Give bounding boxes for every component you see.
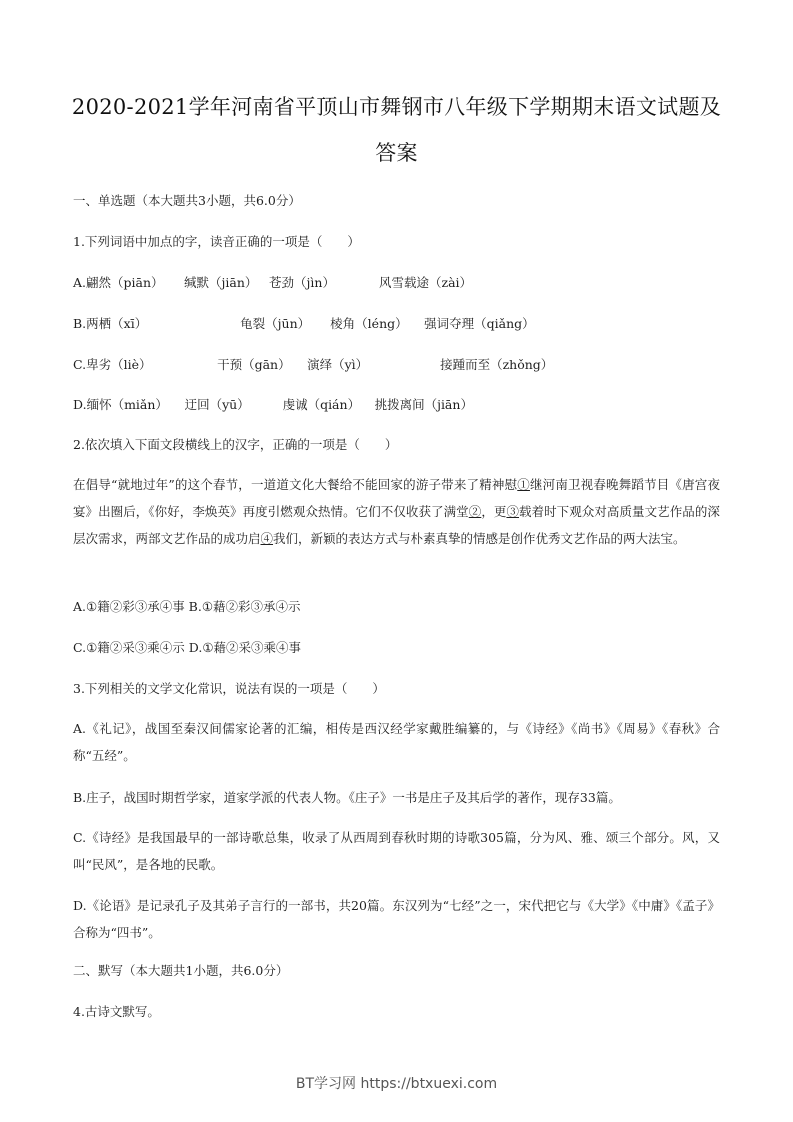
q2-options-cd: C.①籍②采③乘④示 D.①藉②采③乘④事 [73,640,301,656]
blank-marker-3: ③ [506,504,519,519]
q1-stem: 1.下列词语中加点的字，读音正确的一项是（ ） [73,234,360,250]
option-word: 演绎（yì） [307,357,440,373]
q1-option-a: A.翩然（piān）缄默（jiān）苍劲（jìn）风雪载途（zài） [73,275,472,291]
q2-passage: 在倡导“就地过年”的这个春节，一道道文化大餐给不能回家的游子带来了精神慰①继河南… [73,471,720,552]
option-word: 干预（gān） [217,357,307,373]
passage-text: 我们，新颖的表达方式与朴素真挚的情感是创作优秀文艺作品的两大法宝。 [273,531,686,546]
q2-options-ab: A.①籍②彩③承④事 B.①藉②彩③承④示 [73,599,301,615]
passage-text: ，更 [481,504,506,519]
option-word: 强词夺理（qiǎng） [424,316,535,332]
option-word: 虔诚（qián） [283,397,375,413]
document-title-line2: 答案 [60,138,733,168]
option-word: 两栖（xī） [86,316,240,332]
option-label: A. [73,275,86,290]
option-word: 接踵而至（zhǒng） [440,357,553,373]
q3-option-b: B.庄子，战国时期哲学家，道家学派的代表人物。《庄子》一书是庄子及其后学的著作，… [73,784,720,811]
q3-option-c: C.《诗经》是我国最早的一部诗歌总集，收录了从西周到春秋时期的诗歌305篇，分为… [73,824,720,878]
option-word: 缅怀（miǎn） [87,397,185,413]
document-page: 2020-2021学年河南省平顶山市舞钢市八年级下学期期末语文试题及 答案 一、… [0,0,793,1122]
option-label: B. [73,316,86,331]
footer-watermark: BT学习网 https://btxuexi.com [0,1073,793,1093]
option-word: 挑拨离间（jiān） [375,397,473,413]
option-word: 风雪载途（zài） [379,275,472,291]
section2-heading: 二、默写（本大题共1小题，共6.0分） [73,963,288,979]
q1-option-c: C.卑劣（liè）干预（gān）演绎（yì）接踵而至（zhǒng） [73,357,553,373]
q3-stem: 3.下列相关的文学文化常识，说法有误的一项是（ ） [73,681,385,697]
option-label: D. [73,397,87,412]
option-word: 迂回（yū） [185,397,283,413]
blank-marker-4: ④ [261,531,274,546]
option-word: 翩然（piān） [86,275,184,291]
blank-marker-1: ① [517,477,530,492]
option-word: 缄默（jiān） [184,275,269,291]
q3-option-d: D.《论语》是记录孔子及其弟子言行的一部书，共20篇。东汉列为“七经”之一，宋代… [73,892,720,946]
q4-stem: 4.古诗文默写。 [73,1004,160,1020]
option-label: C. [73,357,86,372]
q1-option-d: D.缅怀（miǎn）迂回（yū）虔诚（qián）挑拨离间（jiān） [73,397,473,413]
section1-heading: 一、单选题（本大题共3小题，共6.0分） [73,193,301,209]
passage-text: 在倡导“就地过年”的这个春节，一道道文化大餐给不能回家的游子带来了精神慰 [73,477,517,492]
option-word: 棱角（léng） [330,316,424,332]
blank-marker-2: ② [469,504,482,519]
document-title-line1: 2020-2021学年河南省平顶山市舞钢市八年级下学期期末语文试题及 [60,92,733,122]
option-word: 卑劣（liè） [86,357,217,373]
q2-stem: 2.依次填入下面文段横线上的汉字，正确的一项是（ ） [73,437,397,453]
q1-option-b: B.两栖（xī）龟裂（jūn）棱角（léng）强词夺理（qiǎng） [73,316,535,332]
option-word: 龟裂（jūn） [240,316,330,332]
q3-option-a: A.《礼记》，战国至秦汉间儒家论著的汇编，相传是西汉经学家戴胜编纂的，与《诗经》… [73,715,720,769]
option-word: 苍劲（jìn） [269,275,379,291]
